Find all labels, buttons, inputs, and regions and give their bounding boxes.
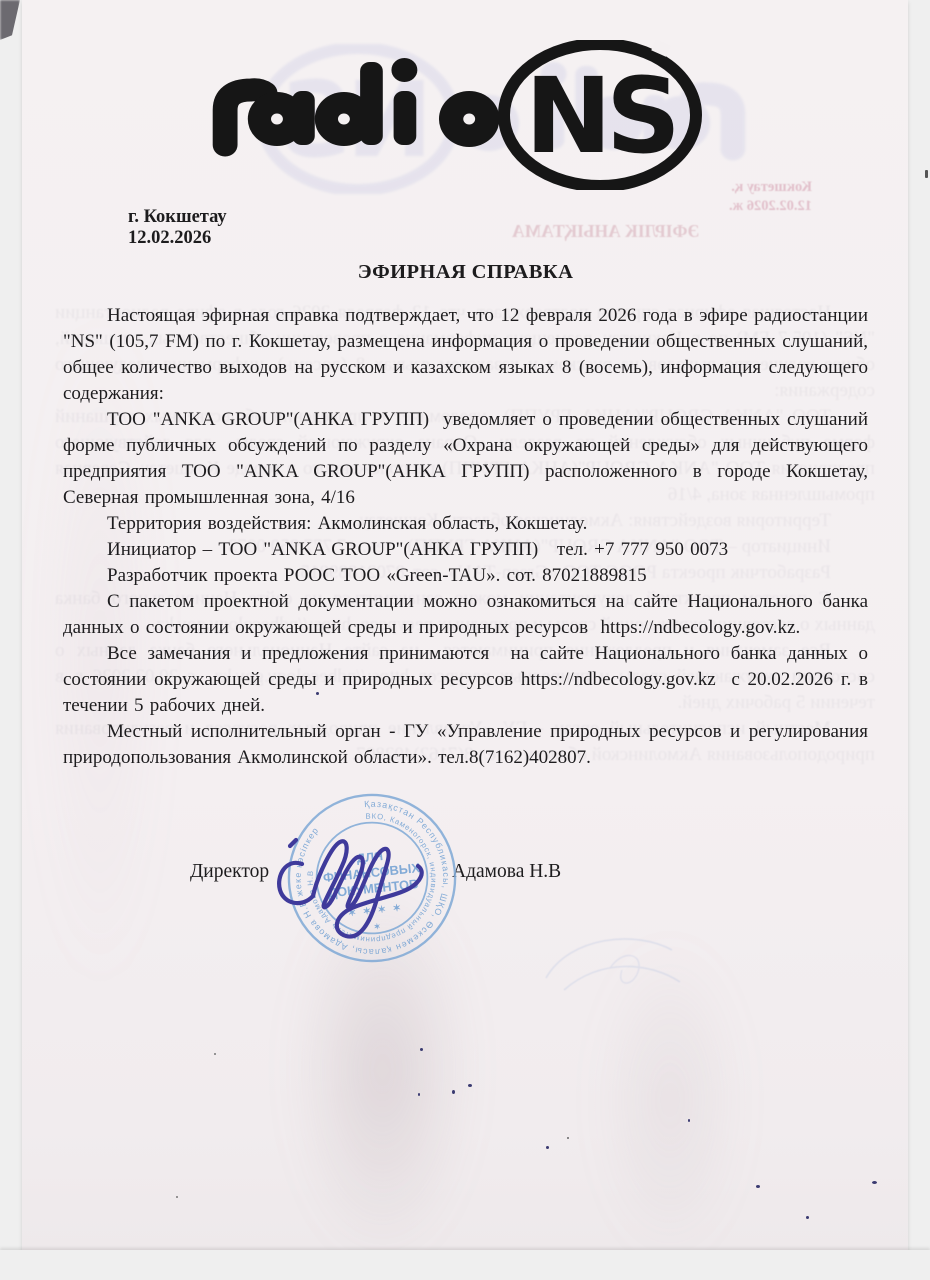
document-body: Настоящая эфирная справка подтверждает, … [63,303,868,771]
radio-ns-logo-svg: NS [210,40,710,190]
paragraph: Все замечания и предложения принимаются … [63,641,868,719]
scanner-bed-strip [0,1250,930,1280]
scan-corner-artifact [0,0,20,40]
document-title: ЭФИРНАЯ СПРАВКА [63,261,868,284]
ink-speckle [214,1053,216,1055]
signature-role-label: Директор [190,861,269,883]
bleedthrough-title: ЭФІРЛІК АНЫҚТАМА [512,221,700,242]
date-line: 12.02.2026 [128,228,227,249]
radio-ns-logo: NS [210,40,710,190]
letter-i-stem [394,91,417,145]
city-line: г. Кокшетау [128,207,227,228]
scanned-page: NS NS Кокшетау қ. 12.0 [0,0,930,1280]
paragraph: Местный исполнительный орган - ГУ «Управ… [63,719,868,771]
ink-speckle [468,1084,472,1087]
ink-speckle [688,1119,690,1122]
radio-wordmark [225,58,499,147]
paragraph: Разработчик проекта РООС ТОО «Green-TAU»… [63,563,868,589]
ink-speckle [452,1090,455,1094]
ink-speckle [176,1196,178,1198]
bleedthrough-stamp [540,928,700,1013]
letter-i-dot [391,58,417,82]
letter-a-stem [292,91,315,145]
paragraph: Инициатор – ТОО "ANKA GROUP"(АНКА ГРУПП)… [63,537,868,563]
bleedthrough-corner-date: Кокшетау қ. 12.02.2026 ж. [700,178,812,216]
ink-speckle [872,1181,877,1184]
scan-edge-artifact [925,170,928,178]
ink-speckle [316,692,319,695]
ink-speckle [756,1185,760,1188]
handwritten-signature [268,798,468,948]
ink-speckle [546,1146,549,1149]
paragraph: Территория воздействия: Акмолинская обла… [63,511,868,537]
ink-speckle [806,1216,809,1219]
ink-speckle [567,1137,569,1139]
paragraph: Настоящая эфирная справка подтверждает, … [63,303,868,407]
letter-d-stem [360,62,383,145]
signature-name-label: Адамова Н.В [452,861,561,883]
ink-speckle [420,1048,423,1051]
paragraph: ТОО "ANKA GROUP"(АНКА ГРУПП) уведомляет … [63,407,868,511]
paragraph: С пакетом проектной документации можно о… [63,589,868,641]
logo-badge-text: NS [525,55,675,177]
ink-speckle [418,1093,420,1096]
header-city-date: г. Кокшетау 12.02.2026 [128,207,227,248]
